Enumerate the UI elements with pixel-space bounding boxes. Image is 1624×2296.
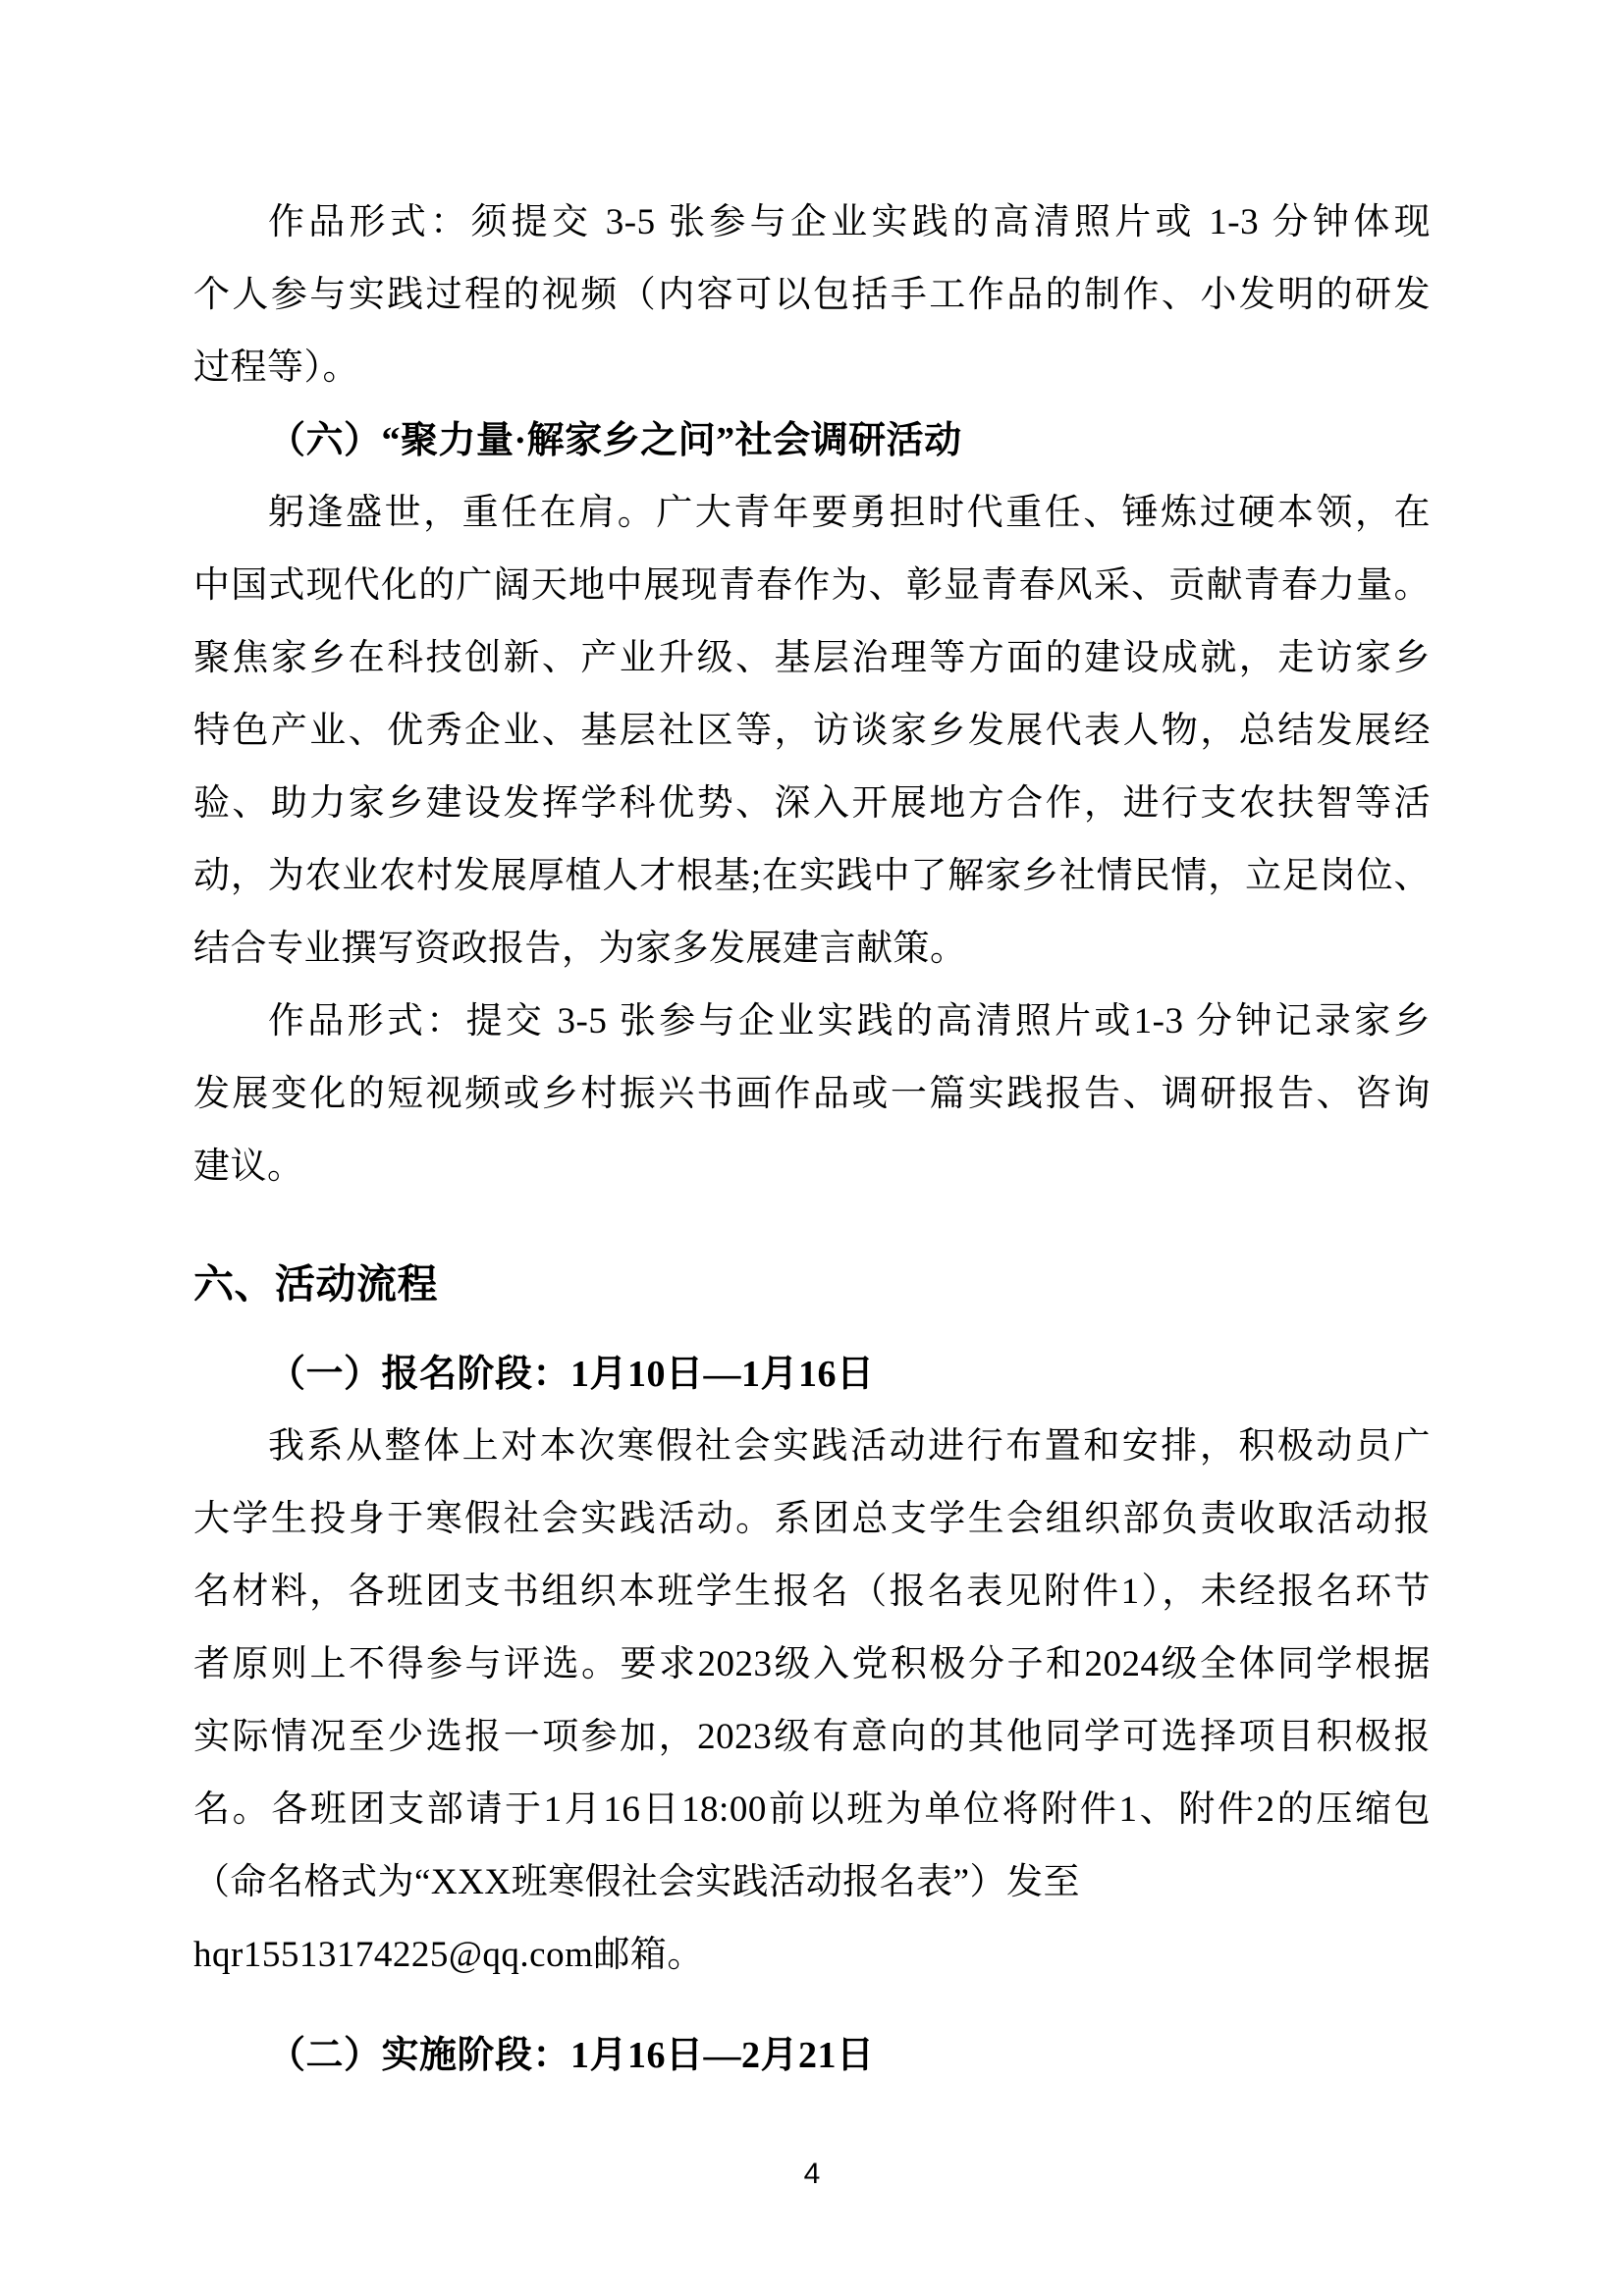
- section-heading: （二）实施阶段：1月16日—2月21日: [193, 2019, 1431, 2092]
- text-line: 作品形式：提交 3-5 张参与企业实践的高清照片或1-3 分钟记录家乡: [193, 986, 1431, 1058]
- text-line: （命名格式为“XXX班寒假社会实践活动报名表”）发至: [193, 1846, 1431, 1919]
- text-line: 我系从整体上对本次寒假社会实践活动进行布置和安排，积极动员广: [193, 1411, 1431, 1483]
- page-number: 4: [0, 2158, 1624, 2191]
- text-line: 结合专业撰写资政报告，为家多发展建言献策。: [193, 913, 1431, 986]
- section-heading: （六）“聚力量·解家乡之问”社会调研活动: [193, 404, 1431, 477]
- text-line: 过程等）。: [193, 332, 1431, 404]
- text-line: 躬逢盛世，重任在肩。广大青年要勇担时代重任、锤炼过硬本领，在: [193, 477, 1431, 550]
- text-line: 名材料，各班团支书组织本班学生报名（报名表见附件1），未经报名环节: [193, 1556, 1431, 1629]
- document-page: 作品形式：须提交 3-5 张参与企业实践的高清照片或 1-3 分钟体现个人参与实…: [0, 0, 1624, 2296]
- text-line: 验、助力家乡建设发挥学科优势、深入开展地方合作，进行支农扶智等活: [193, 768, 1431, 840]
- text-line: 特色产业、优秀企业、基层社区等，访谈家乡发展代表人物，总结发展经: [193, 695, 1431, 768]
- text-line: 发展变化的短视频或乡村振兴书画作品或一篇实践报告、调研报告、咨询: [193, 1058, 1431, 1131]
- section-heading: 六、活动流程: [193, 1248, 1431, 1320]
- text-line: 动，为农业农村发展厚植人才根基;在实践中了解家乡社情民情，立足岗位、: [193, 840, 1431, 913]
- text-line: 中国式现代化的广阔天地中展现青春作为、彰显青春风采、贡献青春力量。: [193, 550, 1431, 622]
- text-line: 实际情况至少选报一项参加，2023级有意向的其他同学可选择项目积极报: [193, 1701, 1431, 1774]
- text-line: 大学生投身于寒假社会实践活动。系团总支学生会组织部负责收取活动报: [193, 1483, 1431, 1556]
- text-line: 个人参与实践过程的视频（内容可以包括手工作品的制作、小发明的研发: [193, 259, 1431, 332]
- text-line: 作品形式：须提交 3-5 张参与企业实践的高清照片或 1-3 分钟体现: [193, 187, 1431, 259]
- text-line: 建议。: [193, 1131, 1431, 1203]
- text-line: 聚焦家乡在科技创新、产业升级、基层治理等方面的建设成就，走访家乡: [193, 622, 1431, 695]
- text-line: 者原则上不得参与评选。要求2023级入党积极分子和2024级全体同学根据: [193, 1629, 1431, 1701]
- text-line: 名。各班团支部请于1月16日18:00前以班为单位将附件1、附件2的压缩包: [193, 1774, 1431, 1846]
- section-heading: （一）报名阶段：1月10日—1月16日: [193, 1338, 1431, 1411]
- text-line: hqr15513174225@qq.com邮箱。: [193, 1919, 1431, 1992]
- document-body: 作品形式：须提交 3-5 张参与企业实践的高清照片或 1-3 分钟体现个人参与实…: [193, 187, 1431, 2092]
